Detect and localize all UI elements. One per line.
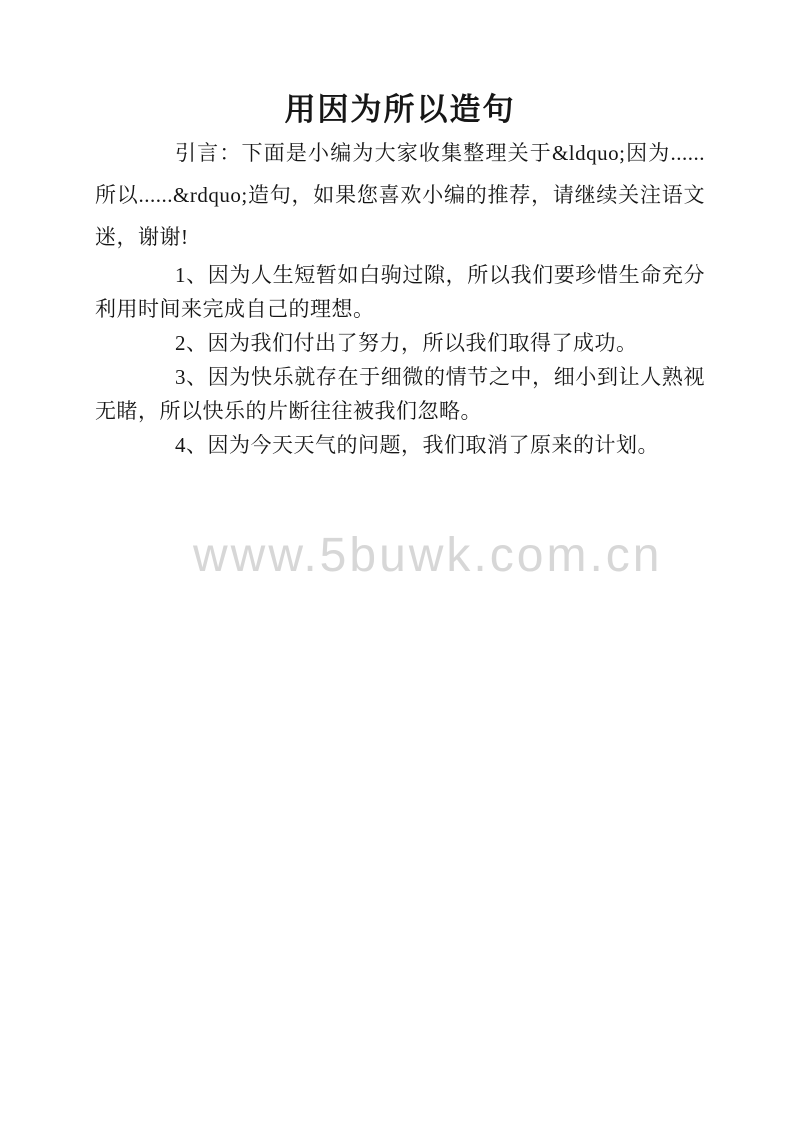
sentence-item-3: 3、因为快乐就存在于细微的情节之中，细小到让人熟视无睹，所以快乐的片断往往被我们… [95, 360, 705, 428]
sentence-item-2: 2、因为我们付出了努力，所以我们取得了成功。 [95, 326, 705, 360]
sentence-item-1: 1、因为人生短暂如白驹过隙，所以我们要珍惜生命充分利用时间来完成自己的理想。 [95, 258, 705, 326]
document-content: 用因为所以造句 引言：下面是小编为大家收集整理关于&ldquo;因为......… [95, 88, 705, 462]
site-watermark: www.5buwk.com.cn [193, 528, 662, 583]
sentence-item-4: 4、因为今天天气的问题，我们取消了原来的计划。 [95, 428, 705, 462]
page-title: 用因为所以造句 [95, 88, 705, 132]
intro-paragraph: 引言：下面是小编为大家收集整理关于&ldquo;因为......所以......… [95, 132, 705, 258]
document-page: www.5buwk.com.cn 用因为所以造句 引言：下面是小编为大家收集整理… [0, 0, 800, 1132]
